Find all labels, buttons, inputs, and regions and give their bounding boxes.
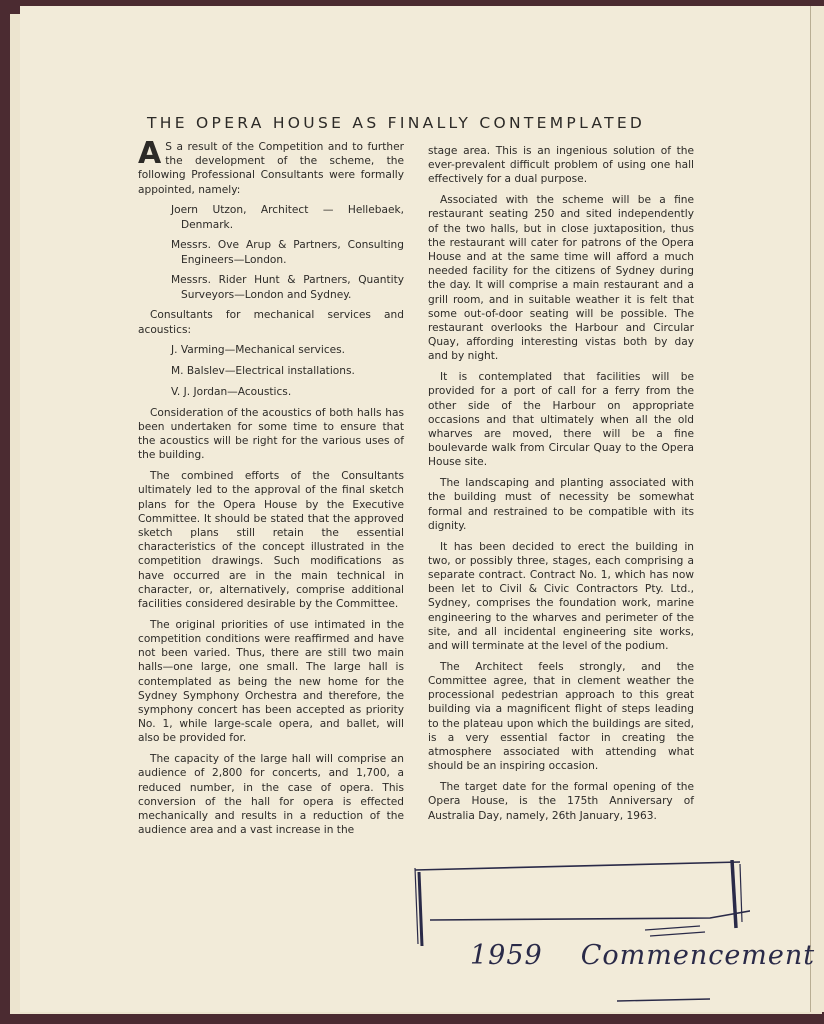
page-title: THE OPERA HOUSE AS FINALLY CONTEMPLATED [147,114,697,132]
body-paragraph: It has been decided to erect the buildin… [428,540,694,654]
target-date-paragraph: The target date for the formal opening o… [428,780,694,823]
intro-paragraph: AS a result of the Competition and to fu… [138,140,404,197]
mechanical-intro: Consultants for mechanical services and … [138,308,404,336]
mechanical-consultant-item: M. Balslev—Electrical installations. [171,364,404,378]
handwritten-note: 1959Commencement [470,940,815,971]
handwritten-year: 1959 [470,940,543,971]
body-paragraph: Consideration of the acoustics of both h… [138,406,404,463]
consultant-item: Joern Utzon, Architect — Hellebaek, Denm… [171,203,404,231]
body-paragraph: The original priorities of use intimated… [138,618,404,746]
next-page-edge [810,6,824,1012]
handwritten-word: Commencement [581,940,815,971]
handwritten-box-annotation [410,860,750,950]
handwritten-underline [615,995,715,1005]
body-paragraph: Associated with the scheme will be a fin… [428,193,694,363]
right-column: stage area. This is an ingenious solutio… [428,144,694,829]
body-paragraph: The capacity of the large hall will comp… [138,752,404,837]
consultant-item: Messrs. Ove Arup & Partners, Consulting … [171,238,404,266]
body-paragraph: The landscaping and planting associated … [428,476,694,533]
body-paragraph: The Architect feels strongly, and the Co… [428,660,694,774]
left-column: AS a result of the Competition and to fu… [138,140,404,844]
drop-cap: A [138,141,161,167]
continued-paragraph: stage area. This is an ingenious solutio… [428,144,694,187]
mechanical-consultant-item: V. J. Jordan—Acoustics. [171,385,404,399]
body-paragraph: The combined efforts of the Consultants … [138,469,404,611]
body-paragraph: It is contemplated that facilities will … [428,370,694,469]
consultant-item: Messrs. Rider Hunt & Partners, Quantity … [171,273,404,301]
mechanical-consultant-item: J. Varming—Mechanical services. [171,343,404,357]
